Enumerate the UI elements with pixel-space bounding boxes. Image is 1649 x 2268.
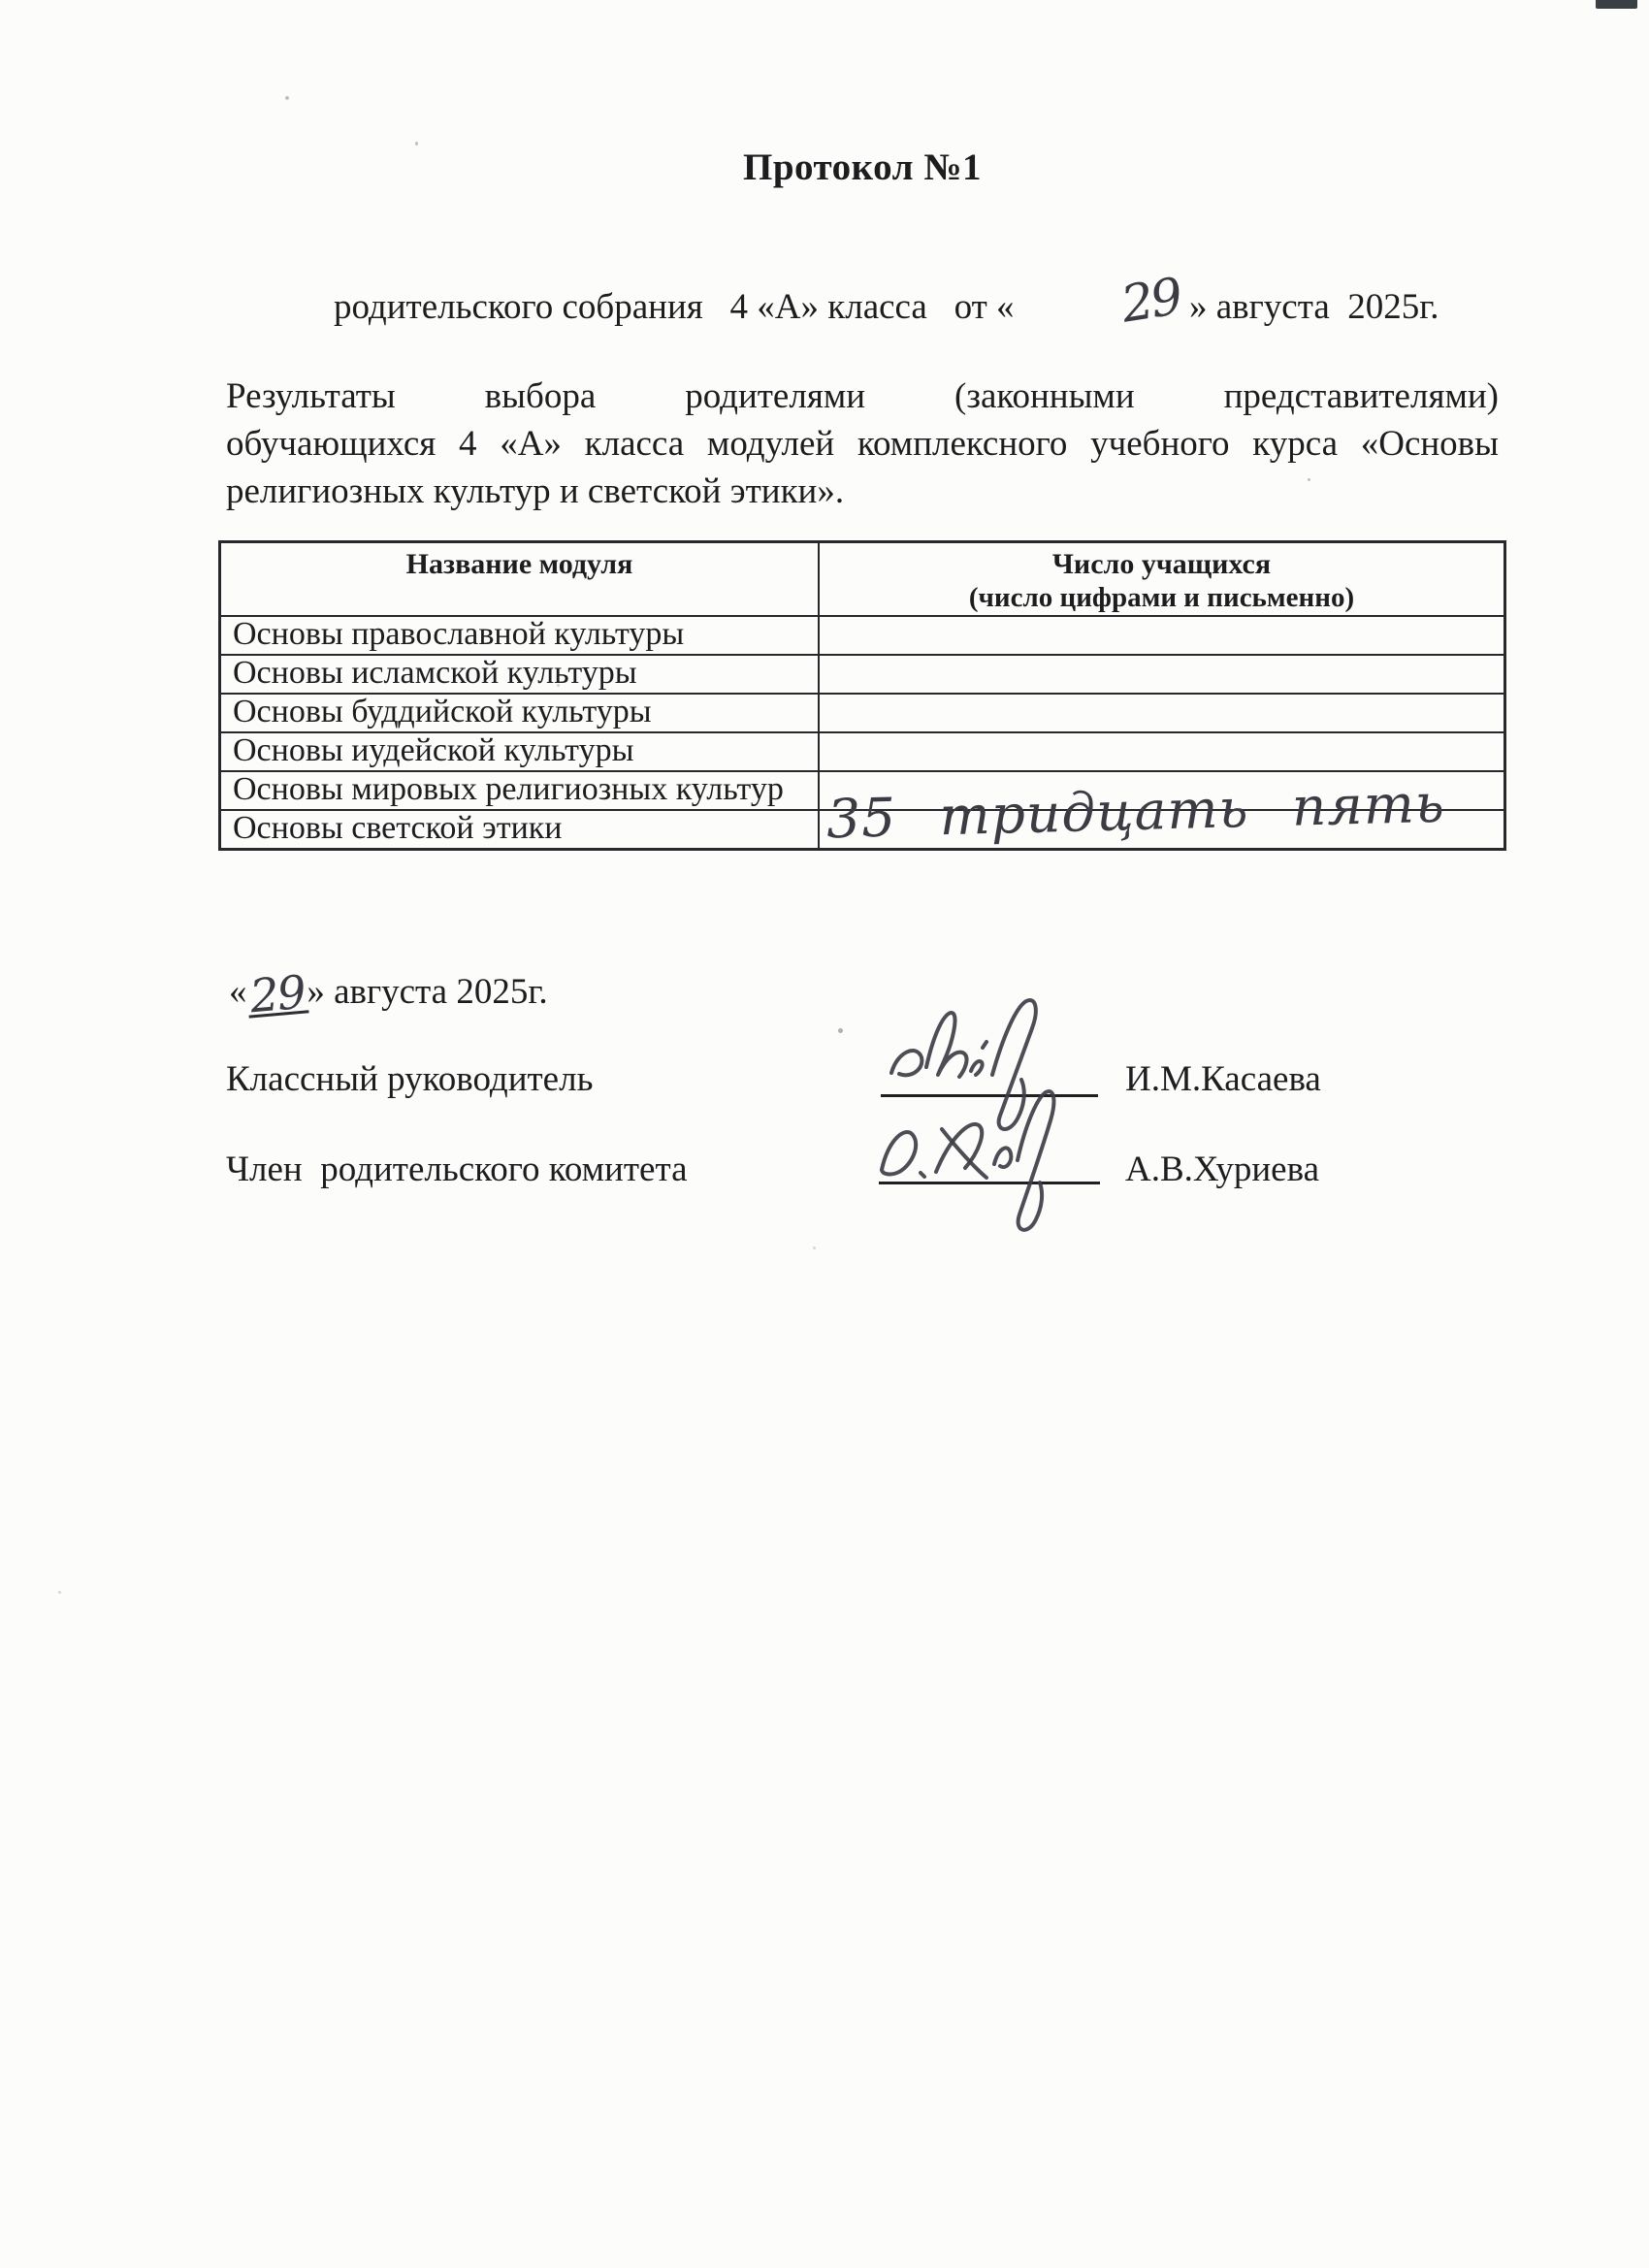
scan-speck	[1308, 478, 1310, 481]
paragraph-line-2: обучающихся 4 «А» класса модулей комплек…	[226, 422, 1499, 467]
scan-corner-artifact	[1596, 0, 1637, 9]
count-cell	[819, 655, 1505, 694]
scanned-document-page: Протокол №1 родительского собрания 4 «А»…	[0, 0, 1649, 2268]
signature-name-committee: А.В.Хуриева	[1125, 1149, 1319, 1190]
table-header-row: Название модуля Число учащихся (число ци…	[220, 542, 1505, 617]
signature-name-teacher: И.М.Касаева	[1125, 1058, 1321, 1100]
table-row: Основы православной культуры	[220, 616, 1505, 655]
intro-text-pre: родительского собрания 4 «А» класса от «	[334, 287, 1015, 327]
intro-line: родительского собрания 4 «А» класса от «…	[226, 285, 1499, 330]
scan-speck	[415, 142, 418, 146]
module-cell: Основы исламской культуры	[220, 655, 820, 694]
count-cell	[819, 616, 1505, 655]
header-student-count-line2: (число цифрами и письменно)	[821, 581, 1503, 614]
scan-speck	[285, 96, 289, 100]
table-row: Основы иудейской культуры	[220, 732, 1505, 771]
document-title: Протокол №1	[226, 146, 1499, 189]
scan-speck	[58, 1591, 61, 1594]
paragraph-line-3: религиозных культур и светской этики».	[226, 470, 1499, 514]
intro-text-post: » августа 2025г.	[1180, 287, 1439, 327]
module-cell: Основы православной культуры	[220, 616, 820, 655]
scan-speck	[838, 1028, 843, 1033]
module-cell: Основы иудейской культуры	[220, 732, 820, 771]
header-module-name-label: Название модуля	[222, 548, 817, 581]
date-line: «29» августа 2025г.	[229, 971, 548, 1016]
date-pre: «	[229, 972, 247, 1012]
header-student-count: Число учащихся (число цифрами и письменн…	[819, 542, 1505, 617]
module-cell: Основы светской этики	[220, 810, 820, 850]
header-module-name: Название модуля	[220, 542, 820, 617]
handwritten-day-intro: 29	[1016, 297, 1180, 323]
table-row: Основы исламской культуры	[220, 655, 1505, 694]
paragraph-line-1: Результаты выбора родителями (законными …	[226, 374, 1499, 419]
scan-speck	[557, 684, 560, 687]
count-cell	[819, 694, 1505, 732]
handwritten-day-date: 29	[245, 975, 308, 1018]
module-cell: Основы буддийской культуры	[220, 694, 820, 732]
header-student-count-line1: Число учащихся	[821, 548, 1503, 581]
count-cell	[819, 732, 1505, 771]
scan-speck	[813, 1247, 816, 1249]
module-cell: Основы мировых религиозных культур	[220, 771, 820, 810]
signature-role-committee: Член родительского комитета	[226, 1149, 688, 1190]
table-row: Основы буддийской культуры	[220, 694, 1505, 732]
signature-ink-committee	[868, 1083, 1149, 1247]
signature-role-teacher: Классный руководитель	[226, 1058, 593, 1100]
date-post: » августа 2025г.	[307, 972, 547, 1012]
